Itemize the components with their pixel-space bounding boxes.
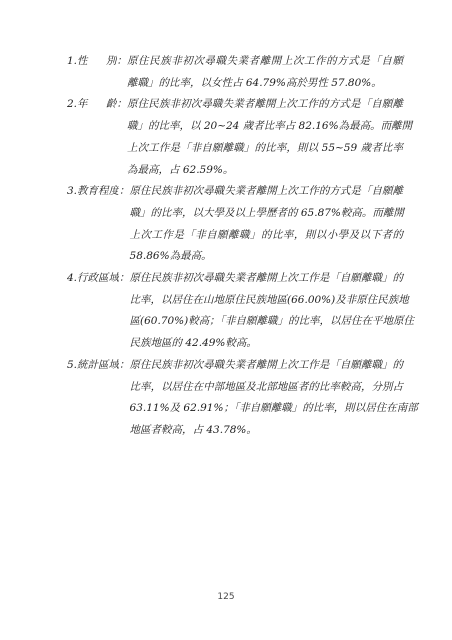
item-body: 原住民族非初次尋職失業者離開上次工作的方式是「自願離 職」的比率，以大學及以上學…: [130, 181, 403, 268]
item-number: 1.: [67, 51, 77, 73]
text-line: 區(60.70%)較高；「非自願離職」的比率，以居住在平地原住: [130, 311, 403, 333]
item-colon: ：: [117, 51, 128, 73]
text-line: 原住民族非初次尋職失業者離開上次工作的方式是「自願離: [130, 181, 403, 203]
item-label-text: 性別: [77, 51, 116, 73]
text-line: 地區者較高，占 43.78%。: [130, 420, 403, 442]
list-item-education: 3. 教育程度 ： 原住民族非初次尋職失業者離開上次工作的方式是「自願離 職」的…: [67, 181, 403, 268]
text-line: 上次工作是「非自願離職」的比率，則以小學及以下者的: [130, 225, 403, 247]
body-text: 1. 性別 ： 原住民族非初次尋職失業者離開上次工作的方式是「自願 離職」的比率…: [67, 51, 403, 442]
text-line: 民族地區的 42.49%較高。: [130, 333, 403, 355]
text-line: 原住民族非初次尋職失業者離開上次工作的方式是「自願: [127, 51, 403, 73]
item-body: 原住民族非初次尋職失業者離開上次工作的方式是「自願 離職」的比率，以女性占 64…: [127, 51, 403, 94]
text-line: 上次工作是「非自願離職」的比率，則以 55~59 歲者比率: [127, 138, 403, 160]
item-number: 5.: [67, 355, 77, 377]
text-line: 原住民族非初次尋職失業者離開上次工作是「自願離職」的: [130, 268, 403, 290]
item-number: 2.: [67, 94, 77, 116]
text-line: 63.11%及 62.91%；「非自願離職」的比率，則以居住在南部: [130, 398, 403, 420]
text-line: 職」的比率，以 20~24 歲者比率占 82.16%為最高。而離開: [127, 116, 403, 138]
item-label: 1. 性別 ：: [67, 51, 127, 73]
item-label: 2. 年齡 ：: [67, 94, 127, 116]
item-colon: ：: [119, 181, 130, 203]
item-body: 原住民族非初次尋職失業者離開上次工作是「自願離職」的 比率，以居住在中部地區及北…: [130, 355, 403, 442]
text-line: 職」的比率，以大學及以上學歷者的 65.87%較高。而離開: [130, 203, 403, 225]
item-body: 原住民族非初次尋職失業者離開上次工作是「自願離職」的 比率，以居住在山地原住民族…: [130, 268, 403, 355]
text-line: 為最高，占 62.59%。: [127, 160, 403, 182]
item-label-text: 統計區域: [77, 355, 119, 377]
list-item-administrative-area: 4. 行政區域 ： 原住民族非初次尋職失業者離開上次工作是「自願離職」的 比率，…: [67, 268, 403, 355]
list-item-statistical-area: 5. 統計區域 ： 原住民族非初次尋職失業者離開上次工作是「自願離職」的 比率，…: [67, 355, 403, 442]
text-line: 離職」的比率，以女性占 64.79%高於男性 57.80%。: [127, 73, 403, 95]
item-body: 原住民族非初次尋職失業者離開上次工作的方式是「自願離 職」的比率，以 20~24…: [127, 94, 403, 181]
item-label: 5. 統計區域 ：: [67, 355, 130, 377]
text-line: 原住民族非初次尋職失業者離開上次工作是「自願離職」的: [130, 355, 403, 377]
item-colon: ：: [117, 94, 128, 116]
item-colon: ：: [119, 268, 130, 290]
text-line: 原住民族非初次尋職失業者離開上次工作的方式是「自願離: [127, 94, 403, 116]
text-line: 比率，以居住在山地原住民族地區(66.00%)及非原住民族地: [130, 290, 403, 312]
list-item-age: 2. 年齡 ： 原住民族非初次尋職失業者離開上次工作的方式是「自願離 職」的比率…: [67, 94, 403, 181]
item-label: 4. 行政區域 ：: [67, 268, 130, 290]
item-label-text: 年齡: [77, 94, 116, 116]
text-line: 58.86%為最高。: [130, 246, 403, 268]
item-colon: ：: [119, 355, 130, 377]
item-label-text: 行政區域: [77, 268, 119, 290]
text-line: 比率，以居住在中部地區及北部地區者的比率較高，分別占: [130, 377, 403, 399]
item-number: 4.: [67, 268, 77, 290]
item-number: 3.: [67, 181, 77, 203]
item-label-text: 教育程度: [77, 181, 119, 203]
list-item-gender: 1. 性別 ： 原住民族非初次尋職失業者離開上次工作的方式是「自願 離職」的比率…: [67, 51, 403, 94]
item-label: 3. 教育程度 ：: [67, 181, 130, 203]
document-page: 1. 性別 ： 原住民族非初次尋職失業者離開上次工作的方式是「自願 離職」的比率…: [0, 0, 452, 640]
page-number: 125: [0, 592, 452, 602]
